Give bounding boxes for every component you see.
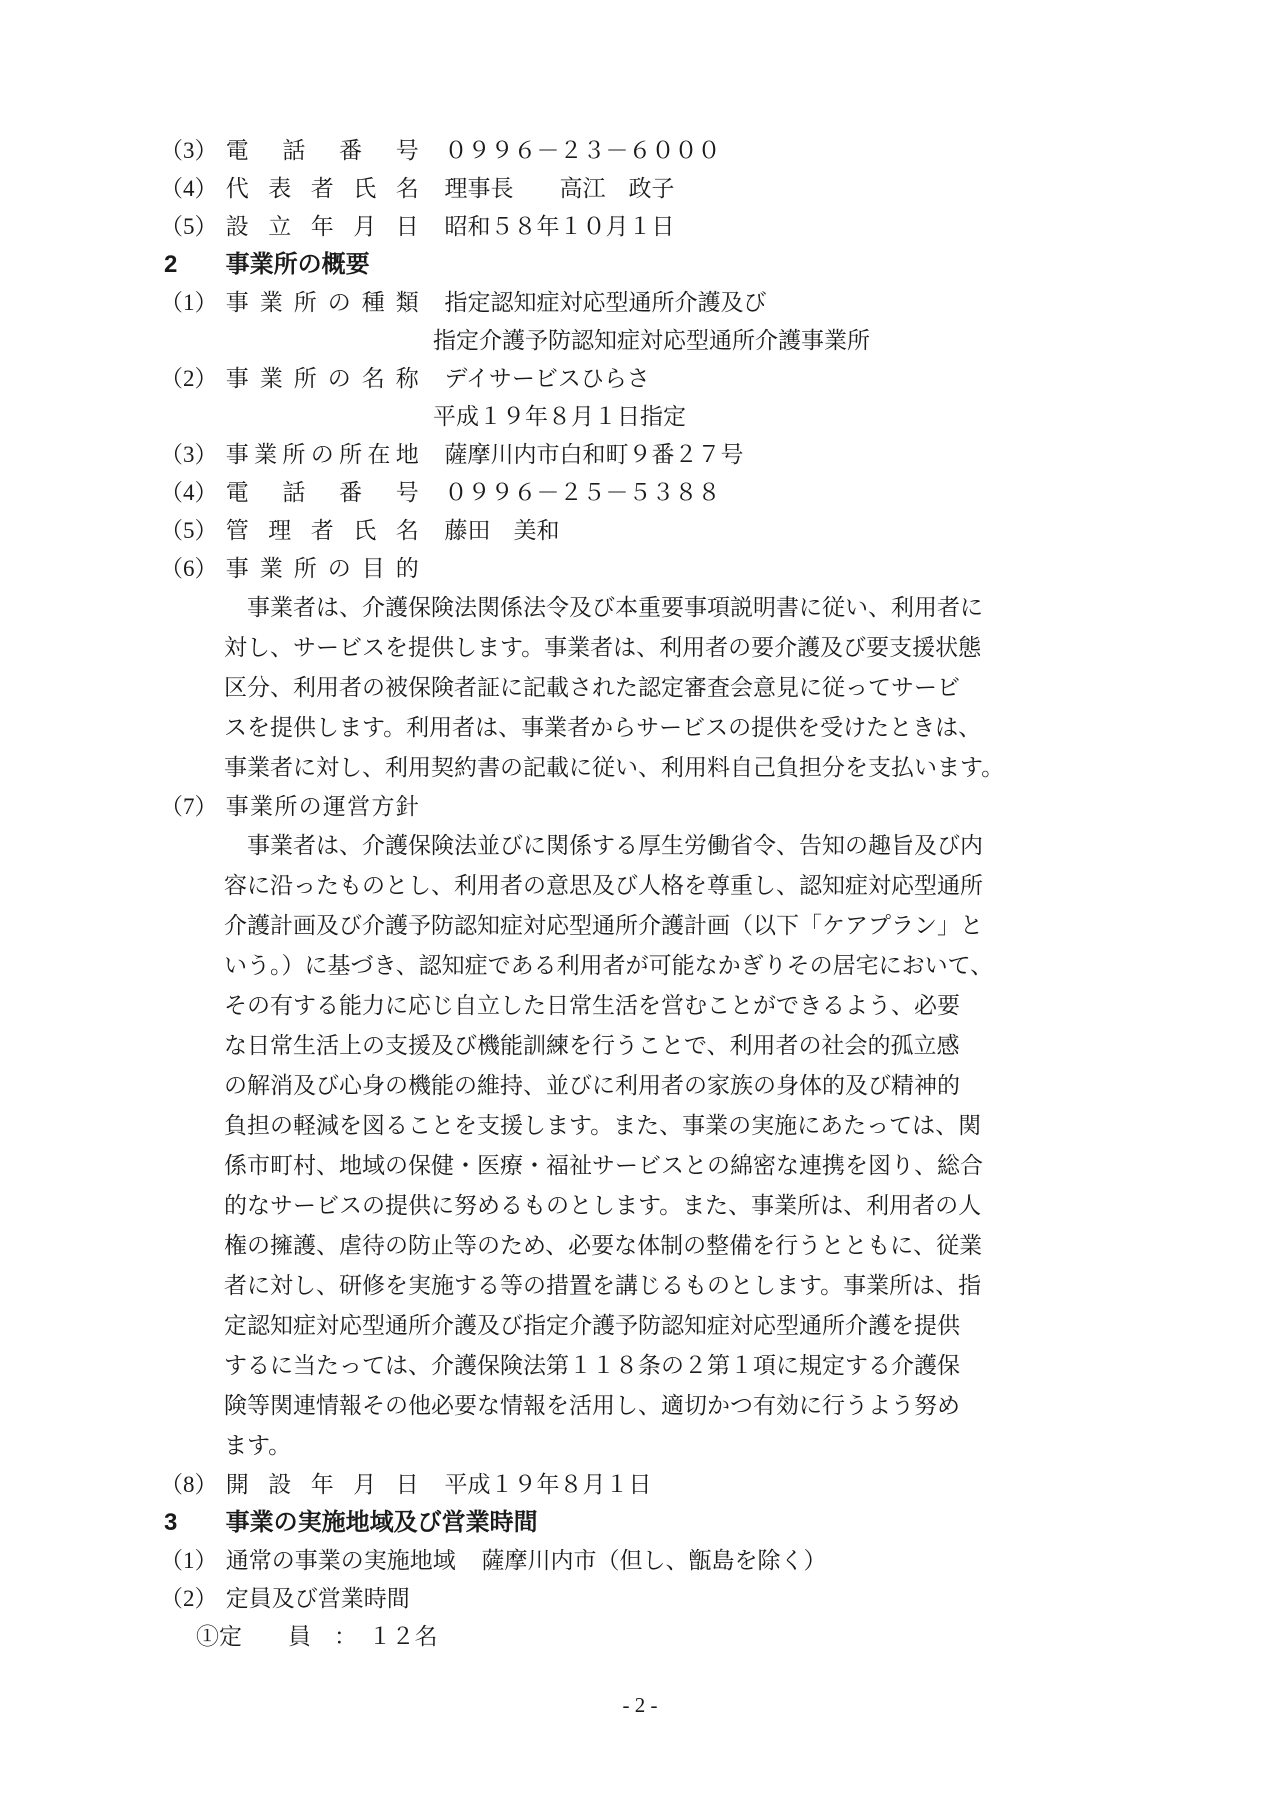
paragraph-line: 係市町村、地域の保健・医療・福祉サービスとの綿密な連携を図り、総合 [224, 1146, 1280, 1186]
paragraph-line: 事業者は、介護保険法関係法令及び本重要事項説明書に従い、利用者に [224, 588, 1280, 628]
page-number: - 2 - [0, 1692, 1280, 1718]
item-label: 事業所の所在地 [226, 436, 419, 474]
item-number: （8） [160, 1466, 220, 1504]
paragraph-line: その有する能力に応じ自立した日常生活を営むことができるよう、必要 [224, 986, 1280, 1026]
item-label: 代表者氏名 [226, 170, 419, 208]
office-phone-row: （4） 電話番号 ０９９６－２５－５３８８ [160, 474, 1280, 512]
paragraph-line: 定認知症対応型通所介護及び指定介護予防認知症対応型通所介護を提供 [224, 1306, 1280, 1346]
office-manager-row: （5） 管理者氏名 藤田 美和 [160, 512, 1280, 550]
item-number: （3） [160, 132, 220, 170]
paragraph-line: 容に沿ったものとし、利用者の意思及び人格を尊重し、認知症対応型通所 [224, 866, 1280, 906]
paragraph-line: の解消及び心身の機能の維持、並びに利用者の家族の身体的及び精神的 [224, 1066, 1280, 1106]
item-number: （3） [160, 436, 220, 474]
item-number: （4） [160, 474, 220, 512]
item-value: 藤田 美和 [445, 512, 560, 550]
paragraph-line: 負担の軽減を図ることを支援します。また、事業の実施にあたっては、関 [224, 1106, 1280, 1146]
section-number: 3 [160, 1504, 219, 1542]
section2-heading: 2 事業所の概要 [160, 246, 1280, 284]
capacity-hours-row: （2） 定員及び営業時間 [160, 1580, 1280, 1618]
paragraph-line: 区分、利用者の被保険者証に記載された認定審査会意見に従ってサービ [224, 668, 1280, 708]
paragraph-line: な日常生活上の支援及び機能訓練を行うことで、利用者の社会的孤立感 [224, 1026, 1280, 1066]
item-value: 理事長 高江 政子 [445, 170, 675, 208]
corp-established-row: （5） 設立年月日 昭和５８年１０月１日 [160, 208, 1280, 246]
item-label: 事業所の種類 [226, 284, 419, 322]
item-value-continued: 指定介護予防認知症対応型通所介護事業所 [433, 328, 870, 353]
item-value: 薩摩川内市白和町９番２７号 [445, 436, 744, 474]
corp-representative-row: （4） 代表者氏名 理事長 高江 政子 [160, 170, 1280, 208]
item-value: 薩摩川内市（但し、甑島を除く） [482, 1542, 827, 1580]
section3-heading: 3 事業の実施地域及び営業時間 [160, 1504, 1280, 1542]
capacity-subitem-row: ①定 員 ： １２名 [196, 1618, 1280, 1656]
office-name-row-cont: 平成１９年８月１日指定 [160, 398, 1280, 436]
section-number: 2 [160, 246, 219, 284]
paragraph-line: 介護計画及び介護予防認知症対応型通所介護計画（以下「ケアプラン」と [224, 906, 1280, 946]
item-label: 事業所の運営方針 [226, 788, 419, 826]
office-type-row-cont: 指定介護予防認知症対応型通所介護事業所 [160, 322, 1280, 360]
item-number: （4） [160, 170, 220, 208]
item-value: ０９９６－２５－５３８８ [445, 474, 721, 512]
item-value: 平成１９年８月１日 [445, 1466, 652, 1504]
paragraph-line: 対し、サービスを提供します。事業者は、利用者の要介護及び要支援状態 [224, 628, 1280, 668]
item-label: 定員及び営業時間 [226, 1580, 419, 1618]
section-title: 事業所の概要 [226, 251, 370, 278]
section-title: 事業の実施地域及び営業時間 [226, 1509, 538, 1536]
document-page: （3） 電話番号 ０９９６－２３－６０００ （4） 代表者氏名 理事長 高江 政… [0, 0, 1280, 1811]
paragraph-line: 者に対し、研修を実施する等の措置を講じるものとします。事業所は、指 [224, 1266, 1280, 1306]
item-label: 事業所の名称 [226, 360, 419, 398]
paragraph-line: するに当たっては、介護保険法第１１８条の２第１項に規定する介護保 [224, 1346, 1280, 1386]
item-value: 指定認知症対応型通所介護及び [445, 284, 767, 322]
paragraph-line: 権の擁護、虐待の防止等のため、必要な体制の整備を行うとともに、従業 [224, 1226, 1280, 1266]
item-value-continued: 平成１９年８月１日指定 [433, 404, 686, 429]
office-policy-row: （7） 事業所の運営方針 [160, 788, 1280, 826]
item-value: ０９９６－２３－６０００ [445, 132, 721, 170]
paragraph-line: いう。）に基づき、認知症である利用者が可能なかぎりその居宅において、 [224, 946, 1280, 986]
paragraph-line: 的なサービスの提供に努めるものとします。また、事業所は、利用者の人 [224, 1186, 1280, 1226]
paragraph-line: 険等関連情報その他必要な情報を活用し、適切かつ有効に行うよう努め [224, 1386, 1280, 1426]
item-number: （6） [160, 550, 220, 588]
office-policy-paragraph: 事業者は、介護保険法並びに関係する厚生労働省令、告知の趣旨及び内 容に沿ったもの… [224, 826, 1280, 1466]
item-number: （5） [160, 208, 220, 246]
office-purpose-paragraph: 事業者は、介護保険法関係法令及び本重要事項説明書に従い、利用者に 対し、サービス… [224, 588, 1280, 788]
capacity-text: ①定 員 ： １２名 [196, 1624, 438, 1649]
paragraph-line: ます。 [224, 1426, 1280, 1466]
item-label: 事業所の目的 [226, 550, 419, 588]
office-type-row: （1） 事業所の種類 指定認知症対応型通所介護及び [160, 284, 1280, 322]
item-number: （7） [160, 788, 220, 826]
paragraph-line: 事業者に対し、利用契約書の記載に従い、利用料自己負担分を支払います。 [224, 748, 1280, 788]
paragraph-line: スを提供します。利用者は、事業者からサービスの提供を受けたときは、 [224, 708, 1280, 748]
service-area-row: （1） 通常の事業の実施地域 薩摩川内市（但し、甑島を除く） [160, 1542, 1280, 1580]
paragraph-line: 事業者は、介護保険法並びに関係する厚生労働省令、告知の趣旨及び内 [224, 826, 1280, 866]
office-name-row: （2） 事業所の名称 デイサービスひらさ [160, 360, 1280, 398]
item-label: 電話番号 [226, 132, 419, 170]
item-value: 昭和５８年１０月１日 [445, 208, 675, 246]
office-purpose-row: （6） 事業所の目的 [160, 550, 1280, 588]
corp-phone-row: （3） 電話番号 ０９９６－２３－６０００ [160, 132, 1280, 170]
office-address-row: （3） 事業所の所在地 薩摩川内市白和町９番２７号 [160, 436, 1280, 474]
item-number: （2） [160, 1580, 220, 1618]
item-number: （1） [160, 1542, 220, 1580]
item-label: 通常の事業の実施地域 [226, 1542, 456, 1580]
item-number: （2） [160, 360, 220, 398]
item-value: デイサービスひらさ [445, 360, 650, 398]
item-label: 管理者氏名 [226, 512, 419, 550]
item-label: 電話番号 [226, 474, 419, 512]
item-label: 設立年月日 [226, 208, 419, 246]
item-number: （1） [160, 284, 220, 322]
office-opened-row: （8） 開設年月日 平成１９年８月１日 [160, 1466, 1280, 1504]
item-number: （5） [160, 512, 220, 550]
item-label: 開設年月日 [226, 1466, 419, 1504]
